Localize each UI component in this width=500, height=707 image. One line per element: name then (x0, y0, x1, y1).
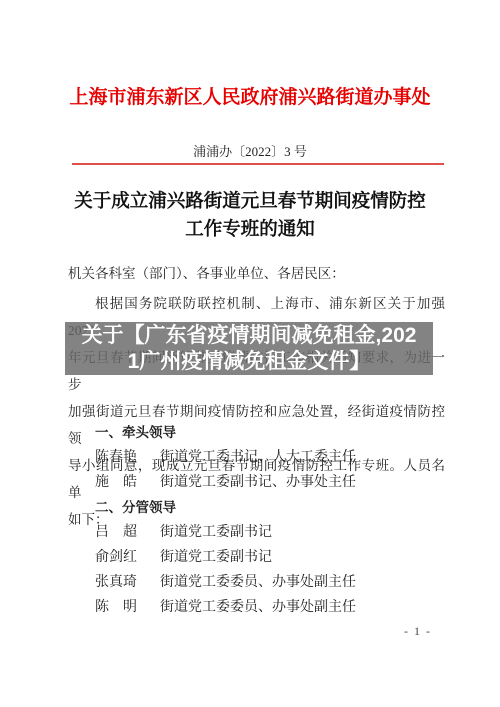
member-name: 施 皓 (95, 470, 160, 495)
header-divider-rule (72, 163, 444, 165)
roster-member-row: 张真琦街道党工委委员、办事处副主任 (95, 570, 455, 595)
document-title-line1: 关于成立浦兴路街道元旦春节期间疫情防控 (0, 188, 500, 216)
roster-section-heading: 二、分管领导 (95, 495, 455, 520)
member-title: 街道党工委副书记 (160, 550, 272, 565)
member-title: 街道党工委委员、办事处副主任 (160, 575, 356, 590)
roster-member-row: 吕 超街道党工委副书记 (95, 520, 455, 545)
roster-member-row: 俞剑红街道党工委副书记 (95, 545, 455, 570)
document-title: 关于成立浦兴路街道元旦春节期间疫情防控 工作专班的通知 (0, 188, 500, 244)
member-title: 街道党工委副书记 (160, 525, 272, 540)
issuer-title: 上海市浦东新区人民政府浦兴路街道办事处 (0, 82, 500, 109)
document-number: 浦浦办〔2022〕3 号 (0, 141, 500, 160)
member-name: 张真琦 (95, 570, 160, 595)
caption-overlay-banner: 关于【广东省疫情期间减免租金,202 1广州疫情减免租金文件】 (65, 322, 433, 375)
page-number: - 1 - (404, 624, 432, 639)
document-title-line2: 工作专班的通知 (0, 216, 500, 244)
roster-section-heading: 一、牵头领导 (95, 420, 455, 445)
member-name: 俞剑红 (95, 545, 160, 570)
member-title: 街道党工委委员、办事处副主任 (160, 600, 356, 615)
member-name: 吕 超 (95, 520, 160, 545)
roster-member-row: 陈春艳街道党工委书记、人大工委主任 (95, 445, 455, 470)
roster-member-row: 陈 明街道党工委委员、办事处副主任 (95, 595, 455, 620)
member-title: 街道党工委副书记、办事处主任 (160, 475, 356, 490)
roster-member-row: 施 皓街道党工委副书记、办事处主任 (95, 470, 455, 495)
member-title: 街道党工委书记、人大工委主任 (160, 450, 356, 465)
caption-overlay-line2: 1广州疫情减免租金文件】 (65, 349, 433, 375)
member-name: 陈 明 (95, 595, 160, 620)
caption-overlay-line1: 关于【广东省疫情期间减免租金,202 (65, 323, 433, 349)
document-page: 上海市浦东新区人民政府浦兴路街道办事处 浦浦办〔2022〕3 号 关于成立浦兴路… (0, 0, 500, 707)
member-name: 陈春艳 (95, 445, 160, 470)
personnel-roster: 一、牵头领导 陈春艳街道党工委书记、人大工委主任 施 皓街道党工委副书记、办事处… (95, 420, 455, 620)
addressee-line: 机关各科室（部门）、各事业单位、各居民区： (68, 266, 448, 281)
